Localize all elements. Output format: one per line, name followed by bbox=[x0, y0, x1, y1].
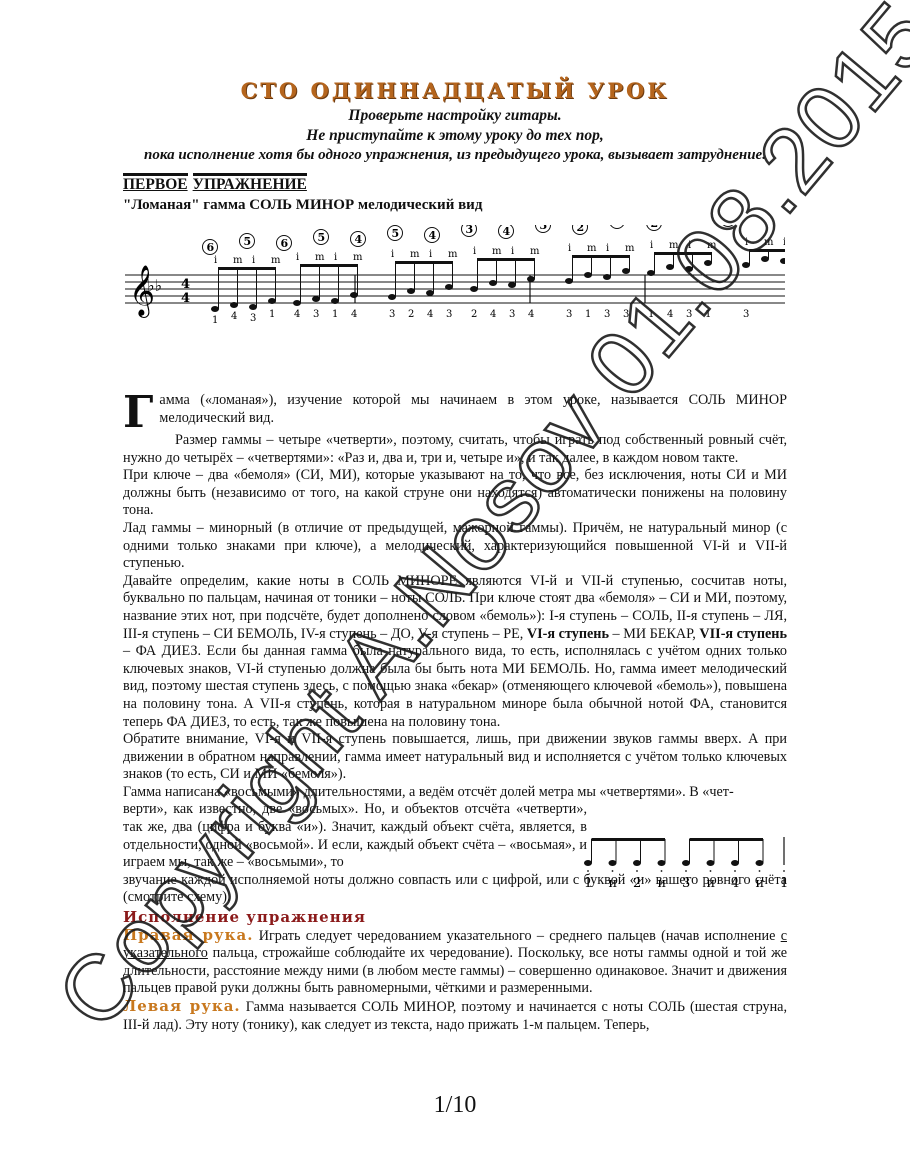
svg-text:4: 4 bbox=[231, 311, 237, 322]
right-hand-label: Правая рука. bbox=[123, 926, 253, 944]
svg-text:и: и bbox=[658, 876, 667, 891]
svg-text:i: i bbox=[511, 246, 514, 257]
svg-text:4: 4 bbox=[528, 309, 534, 320]
svg-text:3: 3 bbox=[509, 309, 515, 320]
svg-text:i: i bbox=[745, 237, 748, 248]
svg-text:3: 3 bbox=[623, 309, 629, 320]
svg-text:m: m bbox=[492, 246, 502, 257]
svg-text:и: и bbox=[609, 876, 618, 891]
svg-text:♭♭: ♭♭ bbox=[147, 276, 162, 295]
subtitle-line-3: пока исполнение хотя бы одного упражнени… bbox=[0, 147, 910, 164]
svg-text:4: 4 bbox=[351, 309, 357, 320]
paragraph-7-line: Гамма написана «восьмыми» длительностями… bbox=[123, 784, 787, 802]
svg-text:1: 1 bbox=[212, 315, 218, 326]
svg-text:i: i bbox=[296, 252, 299, 263]
svg-text:1: 1 bbox=[584, 876, 592, 891]
svg-text:i: i bbox=[650, 240, 653, 251]
exercise-heading-word-2: УПРАЖНЕНИЕ bbox=[193, 173, 307, 193]
svg-text:3: 3 bbox=[250, 313, 256, 324]
exercise-heading: ПЕРВОЕУПРАЖНЕНИЕ bbox=[123, 176, 312, 194]
svg-text:i: i bbox=[252, 255, 255, 266]
svg-text:4: 4 bbox=[667, 309, 673, 320]
svg-text:i: i bbox=[688, 240, 691, 251]
svg-text:3: 3 bbox=[446, 309, 452, 320]
subtitle-line-2: Не приступайте к этому уроку до тех пор, bbox=[0, 127, 910, 145]
svg-text:m: m bbox=[625, 243, 635, 254]
svg-text:3: 3 bbox=[686, 309, 692, 320]
page-number: 1/10 bbox=[0, 1092, 910, 1119]
right-hand-paragraph: Правая рука. Играть следует чередованием… bbox=[123, 927, 787, 998]
svg-text:2: 2 bbox=[725, 225, 733, 226]
paragraph-2: Размер гаммы – четыре «четверти», поэтом… bbox=[123, 432, 787, 467]
svg-text:3: 3 bbox=[682, 876, 690, 891]
svg-text:1: 1 bbox=[648, 309, 654, 320]
svg-text:4: 4 bbox=[355, 233, 363, 246]
svg-text:3: 3 bbox=[614, 225, 622, 228]
svg-text:1: 1 bbox=[585, 309, 591, 320]
svg-text:i: i bbox=[568, 243, 571, 254]
svg-text:3: 3 bbox=[540, 225, 548, 232]
svg-text:4: 4 bbox=[490, 309, 496, 320]
svg-text:2: 2 bbox=[577, 225, 585, 234]
svg-text:2: 2 bbox=[471, 309, 477, 320]
svg-text:2: 2 bbox=[651, 225, 659, 230]
svg-text:i: i bbox=[473, 246, 476, 257]
performance-heading: Исполнение упражнения bbox=[123, 909, 787, 927]
paragraph-6: Обратите внимание, VI-я и VII-я ступень … bbox=[123, 731, 787, 784]
paragraph-4: Лад гаммы – минорный (в отличие от преды… bbox=[123, 520, 787, 573]
svg-text:4: 4 bbox=[731, 876, 739, 891]
rhythm-scheme: 1и2и3и4и1 bbox=[580, 835, 795, 895]
svg-text:4: 4 bbox=[429, 229, 437, 242]
svg-text:m: m bbox=[530, 246, 540, 257]
svg-text:3: 3 bbox=[466, 225, 474, 236]
svg-text:2: 2 bbox=[408, 309, 414, 320]
paragraph-3: При ключе – два «бемоля» (СИ, МИ), котор… bbox=[123, 467, 787, 520]
svg-text:m: m bbox=[315, 252, 325, 263]
exercise-heading-word-1: ПЕРВОЕ bbox=[123, 173, 188, 193]
svg-text:6: 6 bbox=[281, 237, 289, 250]
svg-text:5: 5 bbox=[318, 231, 326, 244]
exercise-subtitle: "Ломаная" гамма СОЛЬ МИНОР мелодический … bbox=[123, 197, 482, 214]
paragraph-5: Давайте определим, какие ноты в СОЛЬ МИН… bbox=[123, 573, 787, 731]
svg-text:1: 1 bbox=[705, 309, 711, 320]
svg-text:4: 4 bbox=[181, 277, 190, 292]
svg-text:4: 4 bbox=[427, 309, 433, 320]
svg-text:m: m bbox=[233, 255, 243, 266]
svg-text:5: 5 bbox=[392, 227, 400, 240]
paragraph-1: амма («ломаная»), изучение которой мы на… bbox=[159, 392, 787, 426]
svg-text:m: m bbox=[669, 240, 679, 251]
svg-text:i: i bbox=[334, 252, 337, 263]
svg-text:m: m bbox=[587, 243, 597, 254]
svg-text:i: i bbox=[606, 243, 609, 254]
svg-text:m: m bbox=[707, 240, 717, 251]
body-text: Гамма («ломаная»), изучение которой мы н… bbox=[123, 392, 787, 1034]
svg-text:m: m bbox=[448, 249, 458, 260]
subtitle-line-1: Проверьте настройку гитары. bbox=[0, 107, 910, 125]
svg-text:4: 4 bbox=[181, 291, 190, 306]
document-page: СТО ОДИННАДЦАТЫЙ УРОК Проверьте настройк… bbox=[0, 0, 910, 1155]
svg-text:3: 3 bbox=[743, 309, 749, 320]
svg-text:m: m bbox=[353, 252, 363, 263]
svg-text:i: i bbox=[214, 255, 217, 266]
svg-text:m: m bbox=[271, 255, 281, 266]
music-notation-staff: 𝄞♭♭441i4m3i1m4i3m1i4m3i2m4i3m2i4m3i4m3i1… bbox=[125, 225, 785, 370]
svg-text:3: 3 bbox=[313, 309, 319, 320]
svg-text:5: 5 bbox=[244, 235, 252, 248]
svg-text:4: 4 bbox=[503, 225, 511, 238]
svg-text:3: 3 bbox=[566, 309, 572, 320]
svg-text:2: 2 bbox=[633, 876, 641, 891]
svg-text:i: i bbox=[783, 237, 785, 248]
svg-text:и: и bbox=[707, 876, 716, 891]
svg-text:i: i bbox=[391, 249, 394, 260]
left-hand-label: Левая рука. bbox=[123, 997, 241, 1015]
svg-text:i: i bbox=[429, 249, 432, 260]
lesson-title: СТО ОДИННАДЦАТЫЙ УРОК bbox=[0, 78, 910, 103]
svg-text:3: 3 bbox=[604, 309, 610, 320]
left-hand-paragraph: Левая рука. Гамма называется СОЛЬ МИНОР,… bbox=[123, 998, 787, 1034]
svg-text:1: 1 bbox=[780, 876, 788, 891]
svg-text:1: 1 bbox=[269, 309, 275, 320]
paragraph-7-wrap: верти», как известно, две «восьмых». Но,… bbox=[123, 801, 587, 871]
svg-text:6: 6 bbox=[207, 241, 215, 254]
svg-text:m: m bbox=[410, 249, 420, 260]
svg-text:3: 3 bbox=[389, 309, 395, 320]
svg-text:и: и bbox=[756, 876, 765, 891]
svg-text:m: m bbox=[764, 237, 774, 248]
svg-text:1: 1 bbox=[332, 309, 338, 320]
svg-text:4: 4 bbox=[294, 309, 300, 320]
dropcap-letter: Г bbox=[123, 394, 153, 432]
